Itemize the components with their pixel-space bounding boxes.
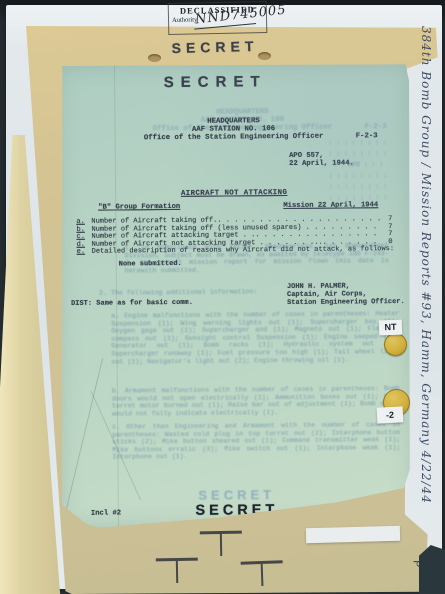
mission-date-label: Mission 22 April, 1944 — [283, 201, 378, 210]
secret-stamp-ghost: SECRET — [157, 487, 317, 503]
yellow-round-sticker-top — [384, 333, 407, 356]
archival-handwritten-note: 384th Bomb Group / Mission Reports #93, … — [405, 26, 433, 558]
registration-mark-right — [241, 560, 284, 586]
registration-mark-left — [156, 558, 198, 583]
index-tab-nt: NT — [379, 320, 403, 336]
document-page: SECRET HEADQUARTERS AAF STATION NO. 106 … — [57, 63, 413, 528]
secret-stamp-page-top: SECRET — [135, 73, 295, 91]
bleedthrough-paragraph-b: b. Armament malfunctions with the number… — [112, 385, 400, 418]
subtitle-row: "B" Group Formation Mission 22 April, 19… — [98, 201, 378, 211]
photo-background-corner — [419, 545, 445, 594]
page-wrinkle — [62, 358, 103, 524]
bleedthrough-paragraph-c: c. Other than Engineering and Armament w… — [112, 421, 400, 461]
index-tab-2: -2 — [377, 406, 404, 423]
signature-block: JOHN H. PALMER, Captain, Air Corps, Stat… — [287, 282, 405, 307]
scanned-document-photo: SECRET DECLASSIFIED Authority NND745005 … — [0, 0, 445, 594]
signature-title: Station Engineering Officer. — [287, 298, 405, 307]
enclosure-label: Incl #2 — [91, 509, 121, 517]
paper-edge-strip — [306, 526, 400, 543]
bleedthrough-paragraph-1: 1. In compliance with letter, Headquarte… — [125, 242, 389, 275]
bleedthrough-paragraph-a: a. Engine malfunctions with the number o… — [111, 310, 399, 366]
registration-mark-center — [200, 531, 242, 556]
secret-stamp-cover: SECRET — [150, 37, 280, 56]
group-formation-label: "B" Group Formation — [98, 203, 180, 212]
declassified-stamp: DECLASSIFIED Authority NND745005 — [168, 1, 268, 35]
distribution-line: DIST: Same as for basic comm. — [71, 299, 193, 308]
declassified-authority-label: Authority — [172, 16, 197, 24]
